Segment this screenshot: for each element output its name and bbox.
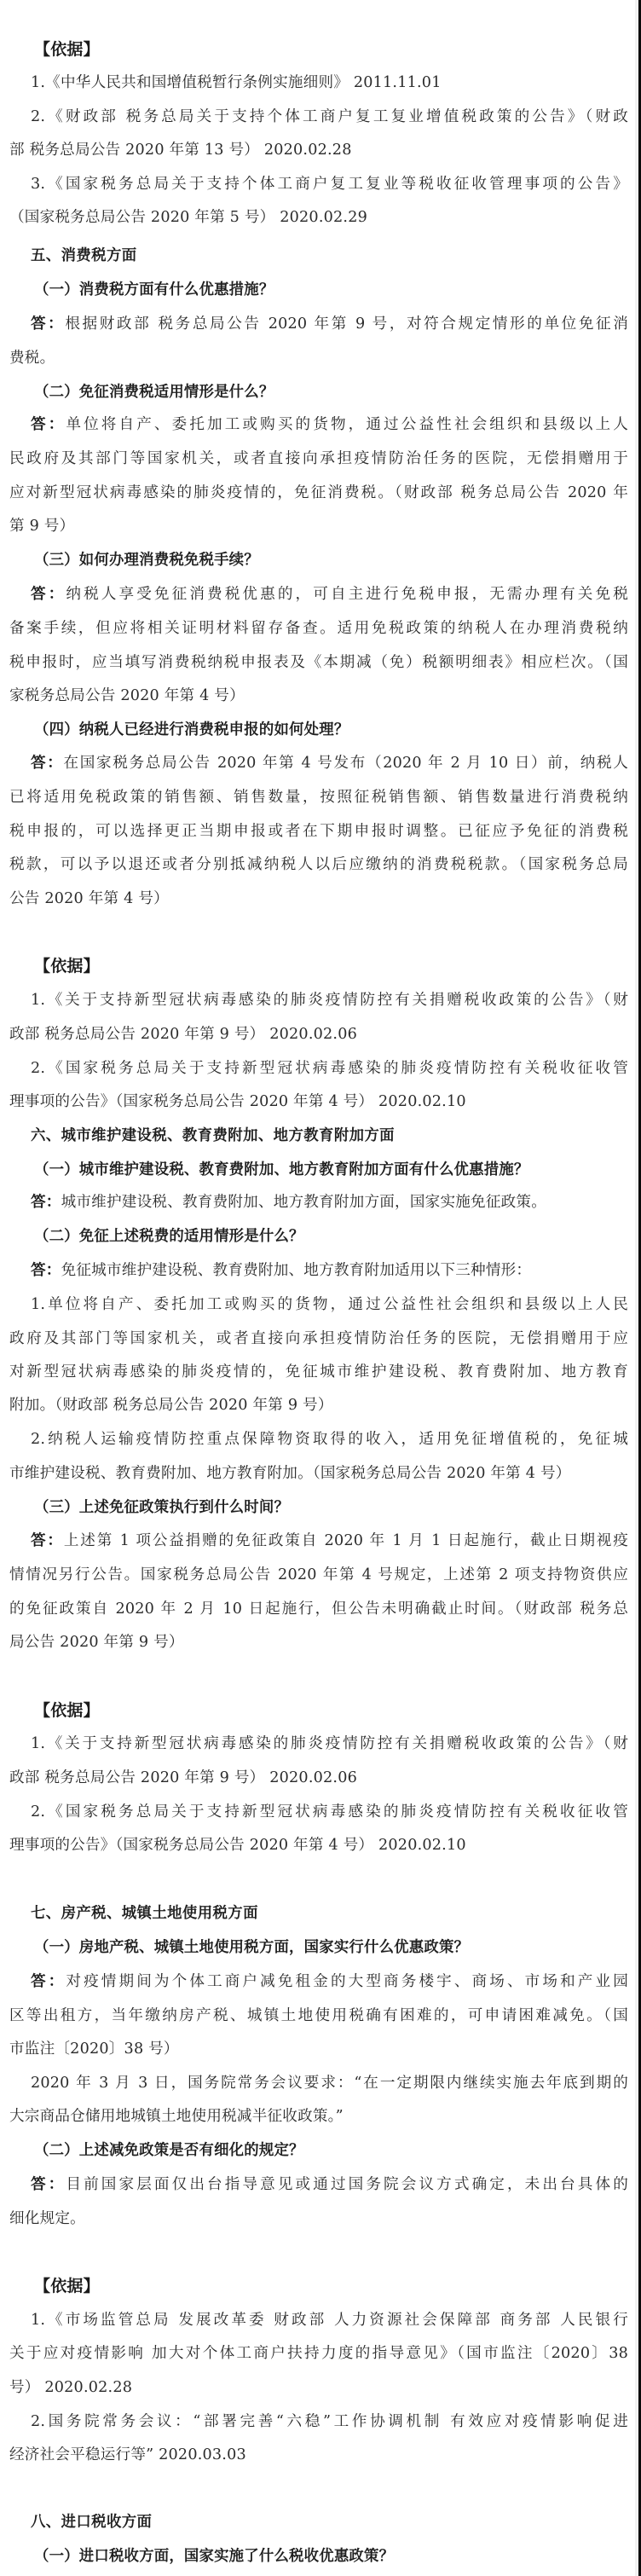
text-line: 税申报时，应当填写消费税纳税申报表及《本期减（免）税额明细表》相应栏次。（国 (9, 650, 628, 675)
section-heading: 五、消费税方面 (31, 243, 628, 269)
basis-heading: 【依据】 (34, 2273, 641, 2299)
answer-text: 在国家税务总局公告 2020 年第 4 号发布（2020 年 2 月 10 日）… (64, 755, 628, 772)
question-heading: （一）进口税收方面，国家实施了什么税收优惠政策？ (34, 2544, 641, 2569)
text-line: 市监注〔2020〕38 号） (9, 2036, 628, 2062)
answer-label: 答： (31, 416, 66, 433)
text-line: 理事项的公告》（国家税务总局公告 2020 年第 4 号） 2020.02.10 (9, 1089, 628, 1114)
answer-line: 答：城市维护建设税、教育费附加、地方教育附加方面，国家实施免征政策。 (31, 1190, 628, 1215)
answer-line: 答：对疫情期间为个体工商户减免租金的大型商务楼宇、商场、市场和产业园 (31, 1969, 628, 1994)
question-heading: （四）纳税人已经进行消费税申报的如何处理？ (34, 717, 641, 743)
text-line: 2.纳税人运输疫情防控重点保障物资取得的收入，适用免征增值税的，免征城 (31, 1427, 628, 1452)
text-line: 市维护建设税、教育费附加、地方教育附加。（国家税务总局公告 2020 年第 4 … (9, 1461, 628, 1486)
text-line: 政部 税务总局公告 2020 年第 9 号） 2020.02.06 (9, 1022, 628, 1047)
question-heading: （一）消费税方面有什么优惠措施？ (34, 277, 641, 303)
text-line: 1.《市场监管总局 发展改革委 财政部 人力资源社会保障部 商务部 人民银行 (31, 2307, 628, 2333)
question-heading: （二）上述减免政策是否有细化的规定？ (34, 2138, 641, 2163)
text-line: 备案手续，但应将相关证明材料留存备查。适用免税政策的纳税人在办理消费税纳 (9, 616, 628, 641)
text-line: 关于应对疫情影响 加大对个体工商户扶持力度的指导意见》（国市监注〔2020〕38 (9, 2341, 628, 2366)
question-heading: （二）免征上述税费的适用情形是什么？ (34, 1224, 641, 1249)
text-line: 号） 2020.02.28 (9, 2375, 628, 2400)
answer-text: 目前国家层面仅出台指导意见或通过国务院会议方式确定，未出台具体的 (66, 2176, 628, 2193)
answer-line: 答：根据财政部 税务总局公告 2020 年第 9 号，对符合规定情形的单位免征消 (31, 311, 628, 337)
answer-line: 答：在国家税务总局公告 2020 年第 4 号发布（2020 年 2 月 10 … (31, 750, 628, 776)
answer-label: 答： (31, 1194, 61, 1211)
answer-label: 答： (31, 755, 64, 772)
text-line: 经济社会平稳运行等” 2020.03.03 (9, 2442, 628, 2468)
text-line: 附加。（财政部 税务总局公告 2020 年第 9 号） (9, 1392, 628, 1418)
section-heading: 八、进口税收方面 (31, 2509, 628, 2535)
text-line: 2.《国家税务总局关于支持新型冠状病毒感染的肺炎疫情防控有关税收征收管 (31, 1056, 628, 1081)
answer-line: 答：目前国家层面仅出台指导意见或通过国务院会议方式确定，未出台具体的 (31, 2172, 628, 2197)
text-line: 税申报的，可以选择更正当期申报或者在下期申报时调整。已征应予免征的消费税 (9, 819, 628, 844)
answer-label: 答： (31, 586, 66, 603)
text-line: 部 税务总局公告 2020 年第 13 号） 2020.02.28 (9, 137, 628, 163)
text-line: 对新型冠状病毒感染的肺炎疫情的，免征城市维护建设税、教育费附加、地方教育 (9, 1359, 628, 1385)
answer-line: 答：免征城市维护建设税、教育费附加、地方教育附加适用以下三种情形： (31, 1258, 628, 1283)
text-line: 情情况另行公告。国家税务总局公告 2020 年第 4 号规定，上述第 2 项支持… (9, 1562, 628, 1588)
text-line: 第 9 号） (9, 513, 628, 539)
text-line: 大宗商品仓储用地城镇土地使用税减半征收政策。” (9, 2104, 628, 2129)
question-heading: （一）房地产税、城镇土地使用税方面，国家实行什么优惠政策？ (34, 1935, 641, 1960)
question-heading: （二）免征消费税适用情形是什么？ (34, 379, 641, 405)
answer-text: 单位将自产、委托加工或购买的货物，通过公益性社会组织和县级以上人 (66, 416, 628, 433)
answer-text: 免征城市维护建设税、教育费附加、地方教育附加适用以下三种情形： (61, 1262, 532, 1279)
text-line: 民政府及其部门等国家机关，或者直接向承担疫情防治任务的医院，无偿捐赠用于 (9, 446, 628, 472)
text-line: 1.《关于支持新型冠状病毒感染的肺炎疫情防控有关捐赠税收政策的公告》（财 (31, 987, 628, 1013)
question-heading: （三）上述免征政策执行到什么时间？ (34, 1495, 641, 1520)
section-heading: 六、城市维护建设税、教育费附加、地方教育附加方面 (31, 1123, 628, 1149)
text-line: 细化规定。 (9, 2206, 628, 2232)
answer-label: 答： (31, 1262, 61, 1279)
text-line: 已将适用免税政策的销售额、销售数量，按照征税销售额、销售数量进行消费税纳 (9, 784, 628, 810)
answer-text: 上述第 1 项公益捐赠的免征政策自 2020 年 1 月 1 日起施行，截止日期… (64, 1532, 628, 1549)
text-line: 费税。 (9, 345, 628, 371)
answer-text: 根据财政部 税务总局公告 2020 年第 9 号，对符合规定情形的单位免征消 (65, 315, 628, 333)
text-line: 应对新型冠状病毒感染的肺炎疫情的，免征消费税。（财政部 税务总局公告 2020 … (9, 480, 628, 506)
text-line: 的免征政策自 2020 年 2 月 10 日起施行，但公告未明确截止时间。（财政… (9, 1596, 628, 1622)
answer-line: 答：单位将自产、委托加工或购买的货物，通过公益性社会组织和县级以上人 (31, 412, 628, 437)
text-line: 理事项的公告》（国家税务总局公告 2020 年第 4 号） 2020.02.10 (9, 1832, 628, 1858)
answer-line: 答：上述第 1 项公益捐赠的免征政策自 2020 年 1 月 1 日起施行，截止… (31, 1528, 628, 1554)
answer-label: 答： (31, 315, 65, 333)
text-line: 局公告 2020 年第 9 号） (9, 1630, 628, 1655)
basis-heading: 【依据】 (34, 1698, 641, 1723)
text-line: 区等出租方，当年缴纳房产税、城镇土地使用税确有困难的，可申请困难减免。（国 (9, 2003, 628, 2029)
section-heading: 七、房产税、城镇土地使用税方面 (31, 1901, 628, 1926)
text-line: 税款，可以予以退还或者分别抵减纳税人以后应缴纳的消费税税款。（国家税务总局 (9, 852, 628, 877)
answer-line: 答：纳税人享受免征消费税优惠的，可自主进行免税申报，无需办理有关免税 (31, 582, 628, 607)
answer-label: 答： (31, 1973, 66, 1990)
text-line: 1.《关于支持新型冠状病毒感染的肺炎疫情防控有关捐赠税收政策的公告》（财 (31, 1731, 628, 1757)
text-line: 家税务总局公告 2020 年第 4 号） (9, 683, 628, 709)
text-line: 1.《中华人民共和国增值税暂行条例实施细则》 2011.11.01 (31, 70, 628, 96)
answer-label: 答： (31, 2176, 66, 2193)
text-line: 1.单位将自产、委托加工或购买的货物，通过公益性社会组织和县级以上人民 (31, 1292, 628, 1317)
question-heading: （三）如何办理消费税免税手续？ (34, 547, 641, 573)
basis-heading: 【依据】 (34, 37, 641, 62)
answer-text: 纳税人享受免征消费税优惠的，可自主进行免税申报，无需办理有关免税 (66, 586, 628, 603)
text-line: 2.《国家税务总局关于支持新型冠状病毒感染的肺炎疫情防控有关税收征收管 (31, 1799, 628, 1825)
text-line: 政府及其部门等国家机关，或者直接向承担疫情防治任务的医院，无偿捐赠用于应 (9, 1326, 628, 1352)
basis-heading: 【依据】 (34, 953, 641, 979)
text-line: （国家税务总局公告 2020 年第 5 号） 2020.02.29 (9, 205, 628, 230)
document-page: 【依据】1.《中华人民共和国增值税暂行条例实施细则》 2011.11.012.《… (0, 0, 635, 2576)
text-line: 公告 2020 年第 4 号） (9, 886, 628, 912)
question-heading: （一）城市维护建设税、教育费附加、地方教育附加方面有什么优惠措施？ (34, 1157, 641, 1183)
answer-text: 城市维护建设税、教育费附加、地方教育附加方面，国家实施免征政策。 (61, 1194, 546, 1211)
text-line: 政部 税务总局公告 2020 年第 9 号） 2020.02.06 (9, 1765, 628, 1791)
text-line: 2.国务院常务会议：“部署完善“六稳”工作协调机制 有效应对疫情影响促进 (31, 2409, 628, 2434)
answer-label: 答： (31, 1532, 64, 1549)
text-line: 2020 年 3 月 3 日，国务院常务会议要求：“在一定期限内继续实施去年底到… (31, 2070, 628, 2096)
text-line: 3.《国家税务总局关于支持个体工商户复工复业等税收征收管理事项的公告》 (31, 171, 628, 197)
text-line: 2.《财政部 税务总局关于支持个体工商户复工复业增值税政策的公告》（财政 (31, 104, 628, 130)
answer-text: 对疫情期间为个体工商户减免租金的大型商务楼宇、商场、市场和产业园 (66, 1973, 628, 1990)
